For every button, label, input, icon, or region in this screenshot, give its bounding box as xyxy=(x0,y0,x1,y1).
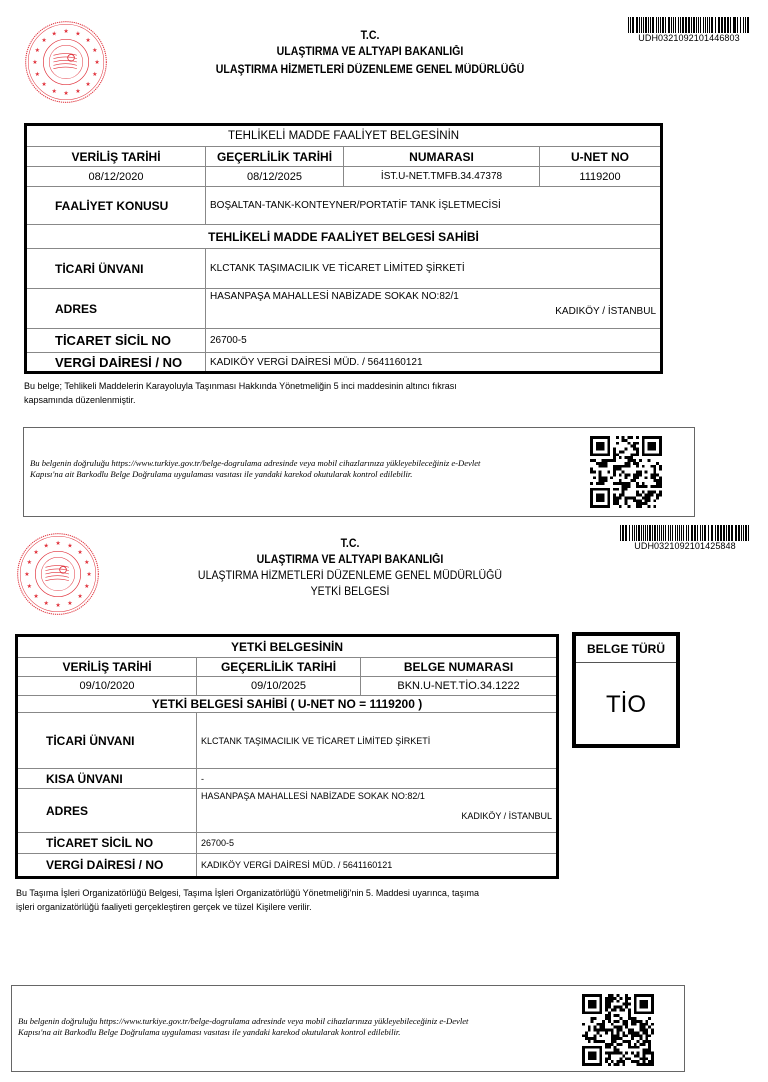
address-line2: KADIKÖY / İSTANBUL xyxy=(210,306,656,317)
verification-line1: Bu belgenin doğruluğu https://www.turkiy… xyxy=(30,458,480,469)
barcode-number: UDH0321092101425848 xyxy=(620,541,750,552)
tax-office-label: VERGİ DAİRESİ / NO xyxy=(17,854,197,878)
document-type-label: BELGE TÜRÜ xyxy=(576,636,676,663)
svg-text:★: ★ xyxy=(67,542,72,549)
owner-section-title: TEHLİKELİ MADDE FAALİYET BELGESİ SAHİBİ xyxy=(26,225,662,249)
document-type-value: TİO xyxy=(576,663,676,719)
address-line1: HASANPAŞA MAHALLESİ NABİZADE SOKAK NO:82… xyxy=(210,291,656,302)
legal-note-line1: Bu belge; Tehlikeli Maddelerin Karayoluy… xyxy=(24,379,457,393)
legal-note-line2: işleri organizatörlüğü faaliyeti gerçekl… xyxy=(16,900,479,914)
svg-text:★: ★ xyxy=(33,549,38,556)
table-title: TEHLİKELİ MADDE FAALİYET BELGESİNİN xyxy=(26,125,662,147)
svg-text:★: ★ xyxy=(84,559,89,566)
barcode: UDH0321092101446803 xyxy=(628,17,750,44)
svg-text:★: ★ xyxy=(24,571,29,578)
short-name-value: - xyxy=(197,769,558,789)
svg-text:★: ★ xyxy=(63,90,68,97)
address-line1: HASANPAŞA MAHALLESİ NABİZADE SOKAK NO:82… xyxy=(201,791,552,801)
svg-text:★: ★ xyxy=(35,47,40,54)
document-header: T.C. ULAŞTIRMA VE ALTYAPI BAKANLIĞI ULAŞ… xyxy=(130,536,570,600)
svg-text:★: ★ xyxy=(35,71,40,78)
svg-text:★: ★ xyxy=(63,28,68,35)
header-tc: T.C. xyxy=(168,28,573,44)
header-directorate: ULAŞTIRMA HİZMETLERİ DÜZENLEME GENEL MÜD… xyxy=(168,62,573,78)
trade-registry-label: TİCARET SİCİL NO xyxy=(17,833,197,854)
trade-name-label: TİCARİ ÜNVANI xyxy=(26,249,206,289)
trade-registry-label: TİCARET SİCİL NO xyxy=(26,329,206,353)
activity-label: FAALİYET KONUSU xyxy=(26,187,206,225)
svg-text:★: ★ xyxy=(86,571,91,578)
svg-text:★: ★ xyxy=(92,47,97,54)
header-tc: T.C. xyxy=(148,536,553,552)
header-ministry: ULAŞTIRMA VE ALTYAPI BAKANLIĞI xyxy=(148,552,553,568)
verification-box: Bu belgenin doğruluğu https://www.turkiy… xyxy=(23,427,695,517)
tax-office-value: KADIKÖY VERGİ DAİRESİ MÜD. / 5641160121 xyxy=(206,353,662,373)
svg-text:★: ★ xyxy=(77,549,82,556)
svg-text:★: ★ xyxy=(77,593,82,600)
svg-text:★: ★ xyxy=(55,602,60,609)
header-document-type: YETKİ BELGESİ xyxy=(148,584,553,600)
svg-text:★: ★ xyxy=(67,600,72,607)
ministry-seal-icon: ★★★★★★★★★★★★★★★★ xyxy=(16,532,100,616)
qr-code-icon[interactable] xyxy=(590,436,662,508)
trade-registry-value: 26700-5 xyxy=(206,329,662,353)
verification-box: Bu belgenin doğruluğu https://www.turkiy… xyxy=(11,985,685,1072)
table-title: YETKİ BELGESİNİN xyxy=(17,636,558,658)
address-label: ADRES xyxy=(17,789,197,833)
svg-text:★: ★ xyxy=(94,59,99,66)
document-type-box: BELGE TÜRÜ TİO xyxy=(572,632,680,748)
document-header: T.C. ULAŞTIRMA VE ALTYAPI BAKANLIĞI ULAŞ… xyxy=(150,28,590,78)
verification-line1: Bu belgenin doğruluğu https://www.turkiy… xyxy=(18,1016,468,1027)
col-document-number: BELGE NUMARASI xyxy=(361,658,558,677)
svg-text:★: ★ xyxy=(43,600,48,607)
header-directorate: ULAŞTIRMA HİZMETLERİ DÜZENLEME GENEL MÜD… xyxy=(148,568,553,584)
verification-line2: Kapısı'na ait Barkodlu Belge Doğrulama u… xyxy=(18,1027,468,1038)
svg-text:★: ★ xyxy=(85,81,90,88)
issue-date: 08/12/2020 xyxy=(26,167,206,187)
trade-name-value: KLCTANK TAŞIMACILIK VE TİCARET LİMİTED Ş… xyxy=(206,249,662,289)
svg-text:★: ★ xyxy=(43,542,48,549)
validity-date: 08/12/2025 xyxy=(206,167,344,187)
verification-text: Bu belgenin doğruluğu https://www.turkiy… xyxy=(30,458,480,480)
address-label: ADRES xyxy=(26,289,206,329)
svg-text:★: ★ xyxy=(85,37,90,44)
svg-text:★: ★ xyxy=(32,59,37,66)
svg-text:★: ★ xyxy=(41,81,46,88)
legal-note-line1: Bu Taşıma İşleri Organizatörlüğü Belgesi… xyxy=(16,886,479,900)
legal-note-line2: kapsamında düzenlenmiştir. xyxy=(24,393,457,407)
tax-office-value: KADIKÖY VERGİ DAİRESİ MÜD. / 5641160121 xyxy=(197,854,558,878)
barcode-bars-icon xyxy=(620,525,750,541)
col-issue-date: VERİLİŞ TARİHİ xyxy=(17,658,197,677)
barcode-bars-icon xyxy=(628,17,750,33)
barcode: UDH0321092101425848 xyxy=(620,525,750,552)
svg-text:★: ★ xyxy=(84,583,89,590)
legal-note: Bu Taşıma İşleri Organizatörlüğü Belgesi… xyxy=(16,886,479,914)
svg-text:★: ★ xyxy=(27,583,32,590)
verification-line2: Kapısı'na ait Barkodlu Belge Doğrulama u… xyxy=(30,469,480,480)
svg-text:★: ★ xyxy=(75,88,80,95)
issue-date: 09/10/2020 xyxy=(17,677,197,696)
col-unet-no: U-NET NO xyxy=(540,147,662,167)
trade-name-label: TİCARİ ÜNVANI xyxy=(17,713,197,769)
short-name-label: KISA ÜNVANI xyxy=(17,769,197,789)
svg-text:★: ★ xyxy=(51,88,56,95)
svg-text:★: ★ xyxy=(75,30,80,37)
svg-text:★: ★ xyxy=(51,30,56,37)
col-validity-date: GEÇERLİLİK TARİHİ xyxy=(197,658,361,677)
address-line2: KADIKÖY / İSTANBUL xyxy=(201,811,552,821)
trade-name-value: KLCTANK TAŞIMACILIK VE TİCARET LİMİTED Ş… xyxy=(197,713,558,769)
owner-section-title: YETKİ BELGESİ SAHİBİ ( U-NET NO = 111920… xyxy=(17,696,558,713)
trade-registry-value: 26700-5 xyxy=(197,833,558,854)
col-validity-date: GEÇERLİLİK TARİHİ xyxy=(206,147,344,167)
verification-text: Bu belgenin doğruluğu https://www.turkiy… xyxy=(18,1016,468,1038)
barcode-number: UDH0321092101446803 xyxy=(628,33,750,44)
tax-office-label: VERGİ DAİRESİ / NO xyxy=(26,353,206,373)
qr-code-icon[interactable] xyxy=(582,994,654,1066)
authorization-certificate-table: YETKİ BELGESİNİN VERİLİŞ TARİHİ GEÇERLİL… xyxy=(15,634,559,879)
col-issue-date: VERİLİŞ TARİHİ xyxy=(26,147,206,167)
svg-text:★: ★ xyxy=(41,37,46,44)
legal-note: Bu belge; Tehlikeli Maddelerin Karayoluy… xyxy=(24,379,457,407)
header-ministry: ULAŞTIRMA VE ALTYAPI BAKANLIĞI xyxy=(168,44,573,60)
hazardous-activity-certificate-table: TEHLİKELİ MADDE FAALİYET BELGESİNİN VERİ… xyxy=(24,123,663,374)
svg-text:★: ★ xyxy=(55,540,60,547)
unet-number: 1119200 xyxy=(540,167,662,187)
validity-date: 09/10/2025 xyxy=(197,677,361,696)
svg-text:★: ★ xyxy=(92,71,97,78)
document-number: BKN.U-NET.TİO.34.1222 xyxy=(361,677,558,696)
ministry-seal-icon: ★★★★★★★★★★★★★★★★ xyxy=(24,20,108,104)
certificate-number: İST.U-NET.TMFB.34.47378 xyxy=(344,167,540,187)
activity-value: BOŞALTAN-TANK-KONTEYNER/PORTATİF TANK İŞ… xyxy=(206,187,662,225)
col-number: NUMARASI xyxy=(344,147,540,167)
svg-text:★: ★ xyxy=(33,593,38,600)
svg-text:★: ★ xyxy=(27,559,32,566)
